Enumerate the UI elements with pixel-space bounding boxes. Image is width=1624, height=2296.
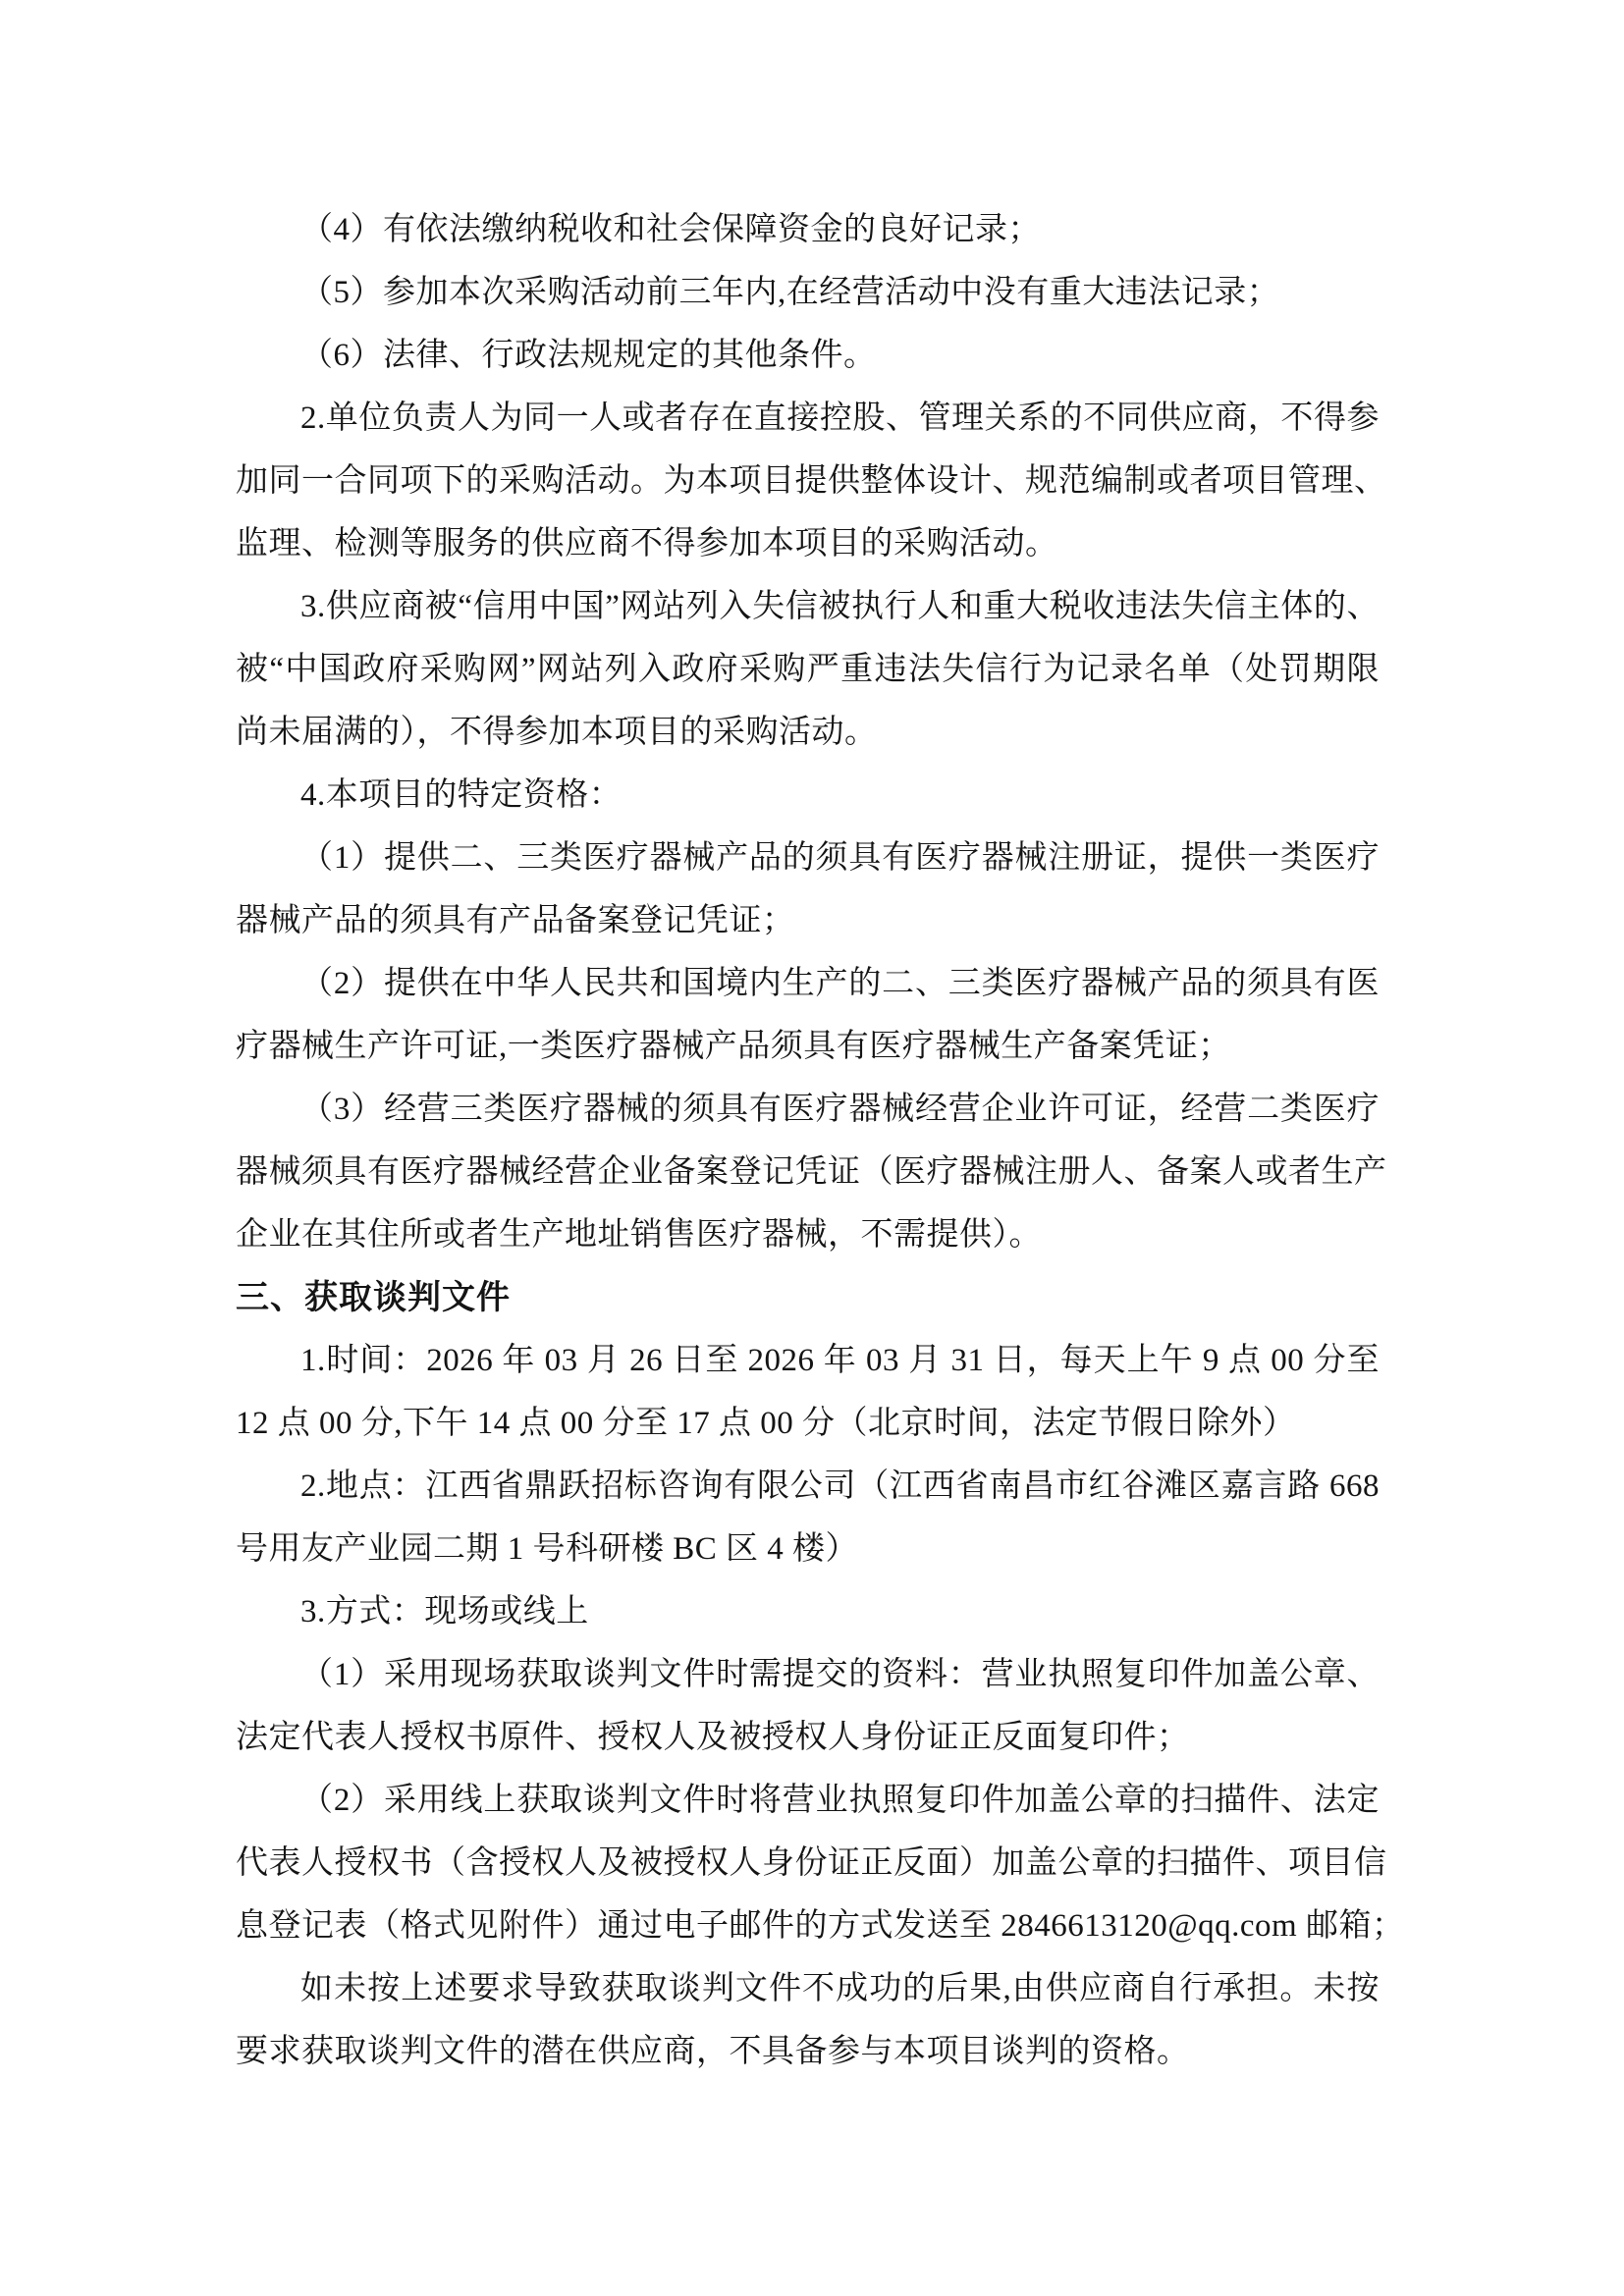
document-page: （4）有依法缴纳税收和社会保障资金的良好记录；（5）参加本次采购活动前三年内,在… bbox=[0, 0, 1624, 2296]
text-line: 2.单位负责人为同一人或者存在直接控股、管理关系的不同供应商，不得参 bbox=[236, 387, 1380, 450]
text-line: （3）经营三类医疗器械的须具有医疗器械经营企业许可证，经营二类医疗 bbox=[236, 1078, 1380, 1141]
text-line: 尚未届满的），不得参加本项目的采购活动。 bbox=[236, 701, 1380, 764]
document-text-block: （4）有依法缴纳税收和社会保障资金的良好记录；（5）参加本次采购活动前三年内,在… bbox=[236, 198, 1380, 2083]
text-line: 1.时间：2026 年 03 月 26 日至 2026 年 03 月 31 日，… bbox=[236, 1329, 1380, 1392]
text-line: （4）有依法缴纳税收和社会保障资金的良好记录； bbox=[236, 198, 1380, 261]
text-line: 2.地点：江西省鼎跃招标咨询有限公司（江西省南昌市红谷滩区嘉言路 668 bbox=[236, 1455, 1380, 1518]
text-line: 疗器械生产许可证,一类医疗器械产品须具有医疗器械生产备案凭证； bbox=[236, 1015, 1380, 1078]
text-line: 如未按上述要求导致获取谈判文件不成功的后果,由供应商自行承担。未按 bbox=[236, 1957, 1380, 2020]
text-line: 监理、检测等服务的供应商不得参加本项目的采购活动。 bbox=[236, 512, 1380, 575]
text-line: 号用友产业园二期 1 号科研楼 BC 区 4 楼） bbox=[236, 1518, 1380, 1580]
text-line: （6）法律、行政法规规定的其他条件。 bbox=[236, 324, 1380, 387]
text-line: 企业在其住所或者生产地址销售医疗器械，不需提供）。 bbox=[236, 1203, 1380, 1266]
text-line: 3.供应商被“信用中国”网站列入失信被执行人和重大税收违法失信主体的、 bbox=[236, 575, 1380, 638]
text-line: 4.本项目的特定资格： bbox=[236, 764, 1380, 827]
text-line: 器械须具有医疗器械经营企业备案登记凭证（医疗器械注册人、备案人或者生产 bbox=[236, 1141, 1380, 1203]
text-line: 器械产品的须具有产品备案登记凭证； bbox=[236, 889, 1380, 952]
text-line: （1）提供二、三类医疗器械产品的须具有医疗器械注册证，提供一类医疗 bbox=[236, 827, 1380, 889]
text-line: （2）提供在中华人民共和国境内生产的二、三类医疗器械产品的须具有医 bbox=[236, 952, 1380, 1015]
text-line: 被“中国政府采购网”网站列入政府采购严重违法失信行为记录名单（处罚期限 bbox=[236, 638, 1380, 701]
text-line: 代表人授权书（含授权人及被授权人身份证正反面）加盖公章的扫描件、项目信 bbox=[236, 1832, 1380, 1895]
text-line: （2）采用线上获取谈判文件时将营业执照复印件加盖公章的扫描件、法定 bbox=[236, 1769, 1380, 1832]
text-line: 法定代表人授权书原件、授权人及被授权人身份证正反面复印件； bbox=[236, 1706, 1380, 1769]
text-line: 息登记表（格式见附件）通过电子邮件的方式发送至 2846613120@qq.co… bbox=[236, 1895, 1380, 1957]
text-line: （1）采用现场获取谈判文件时需提交的资料：营业执照复印件加盖公章、 bbox=[236, 1643, 1380, 1706]
text-line: 12 点 00 分,下午 14 点 00 分至 17 点 00 分（北京时间，法… bbox=[236, 1392, 1380, 1455]
text-line: （5）参加本次采购活动前三年内,在经营活动中没有重大违法记录； bbox=[236, 261, 1380, 324]
text-line: 3.方式：现场或线上 bbox=[236, 1580, 1380, 1643]
text-line: 加同一合同项下的采购活动。为本项目提供整体设计、规范编制或者项目管理、 bbox=[236, 450, 1380, 512]
text-line: 要求获取谈判文件的潜在供应商，不具备参与本项目谈判的资格。 bbox=[236, 2020, 1380, 2083]
section-heading: 三、获取谈判文件 bbox=[236, 1266, 1380, 1329]
